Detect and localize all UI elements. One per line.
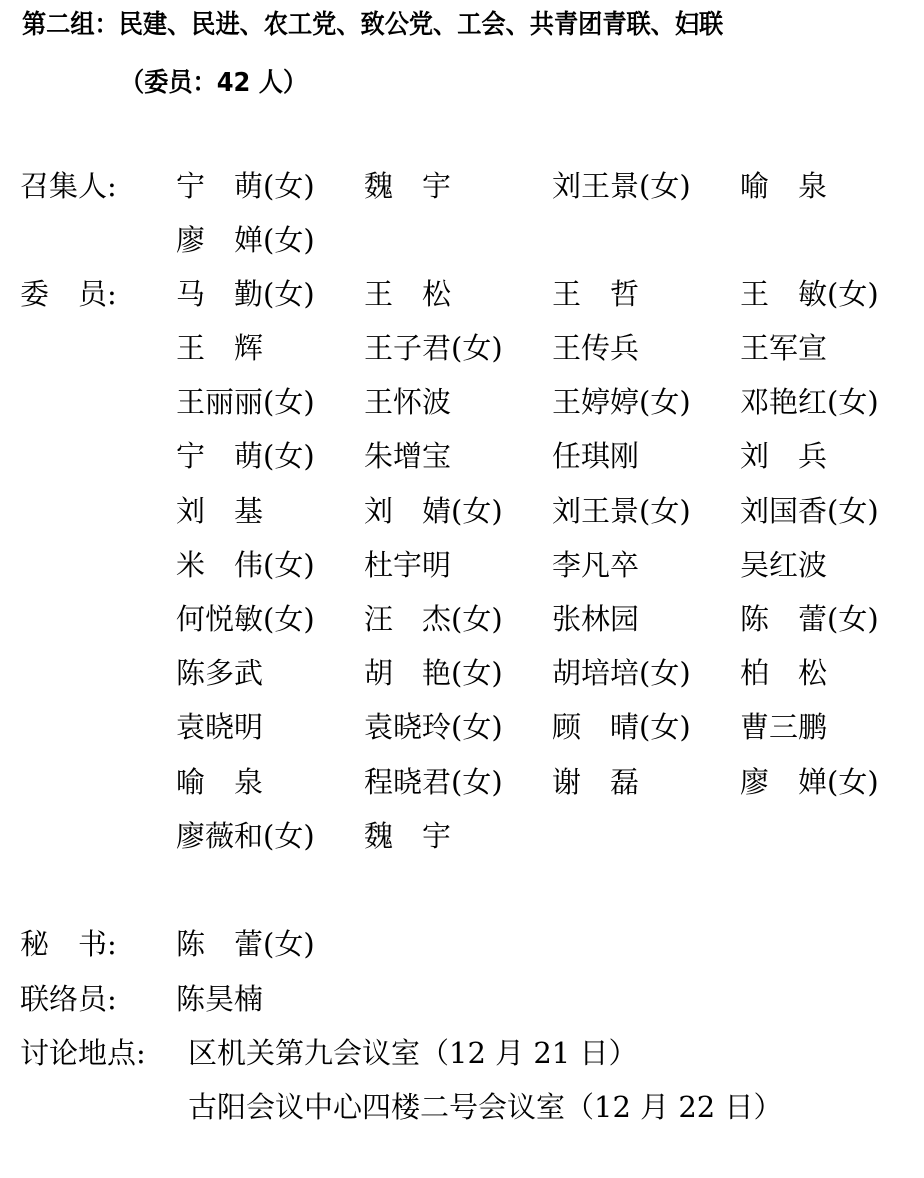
name-cell: 宁 萌(女) bbox=[176, 434, 315, 475]
name-cell: 袁晓明 bbox=[176, 705, 263, 746]
name-cell: 任琪刚 bbox=[552, 434, 639, 475]
members-label: 委 员: bbox=[20, 272, 117, 313]
name-cell: 王 辉 bbox=[176, 326, 263, 367]
name-cell: 胡 艳(女) bbox=[364, 651, 503, 692]
liaison-name: 陈昊楠 bbox=[176, 977, 263, 1018]
group-member-count: （委员：42 人） bbox=[120, 62, 307, 99]
name-cell: 朱增宝 bbox=[364, 434, 451, 475]
name-cell: 陈多武 bbox=[176, 651, 263, 692]
name-cell: 张林园 bbox=[552, 597, 639, 638]
venue-line: 古阳会议中心四楼二号会议室（12 月 22 日） bbox=[188, 1085, 782, 1126]
name-cell: 刘 基 bbox=[176, 489, 263, 530]
name-cell: 程晓君(女) bbox=[364, 760, 503, 801]
name-cell: 袁晓玲(女) bbox=[364, 705, 503, 746]
name-cell: 廖 婵(女) bbox=[740, 760, 879, 801]
name-cell: 刘 婧(女) bbox=[364, 489, 503, 530]
name-cell: 汪 杰(女) bbox=[364, 597, 503, 638]
name-cell: 王丽丽(女) bbox=[176, 380, 315, 421]
name-cell: 魏 宇 bbox=[364, 164, 451, 205]
name-cell: 顾 晴(女) bbox=[552, 705, 691, 746]
name-cell: 王 松 bbox=[364, 272, 451, 313]
name-cell: 王怀波 bbox=[364, 380, 451, 421]
name-cell: 刘王景(女) bbox=[552, 489, 691, 530]
name-cell: 王军宣 bbox=[740, 326, 827, 367]
name-cell: 柏 松 bbox=[740, 651, 827, 692]
name-cell: 喻 泉 bbox=[740, 164, 827, 205]
conveners-label: 召集人: bbox=[20, 164, 117, 205]
name-cell: 刘国香(女) bbox=[740, 489, 879, 530]
name-cell: 谢 磊 bbox=[552, 760, 639, 801]
name-cell: 廖 婵(女) bbox=[176, 218, 315, 259]
name-cell: 曹三鹏 bbox=[740, 705, 827, 746]
name-cell: 王 敏(女) bbox=[740, 272, 879, 313]
name-cell: 李凡卒 bbox=[552, 543, 639, 584]
name-cell: 王 哲 bbox=[552, 272, 639, 313]
venue-label: 讨论地点: bbox=[20, 1031, 146, 1072]
name-cell: 胡培培(女) bbox=[552, 651, 691, 692]
name-cell: 邓艳红(女) bbox=[740, 380, 879, 421]
name-cell: 王子君(女) bbox=[364, 326, 503, 367]
name-cell: 吴红波 bbox=[740, 543, 827, 584]
name-cell: 廖薇和(女) bbox=[176, 814, 315, 855]
name-cell: 陈 蕾(女) bbox=[740, 597, 879, 638]
group-title: 第二组：民建、民进、农工党、致公党、工会、共青团青联、妇联 bbox=[22, 4, 723, 41]
venue-line: 区机关第九会议室（12 月 21 日） bbox=[188, 1031, 637, 1072]
name-cell: 杜宇明 bbox=[364, 543, 451, 584]
name-cell: 王婷婷(女) bbox=[552, 380, 691, 421]
secretary-label: 秘 书: bbox=[20, 922, 117, 963]
name-cell: 刘 兵 bbox=[740, 434, 827, 475]
name-cell: 王传兵 bbox=[552, 326, 639, 367]
name-cell: 刘王景(女) bbox=[552, 164, 691, 205]
secretary-name: 陈 蕾(女) bbox=[176, 922, 315, 963]
name-cell: 马 勤(女) bbox=[176, 272, 315, 313]
name-cell: 何悦敏(女) bbox=[176, 597, 315, 638]
name-cell: 魏 宇 bbox=[364, 814, 451, 855]
name-cell: 米 伟(女) bbox=[176, 543, 315, 584]
name-cell: 宁 萌(女) bbox=[176, 164, 315, 205]
name-cell: 喻 泉 bbox=[176, 760, 263, 801]
liaison-label: 联络员: bbox=[20, 977, 117, 1018]
